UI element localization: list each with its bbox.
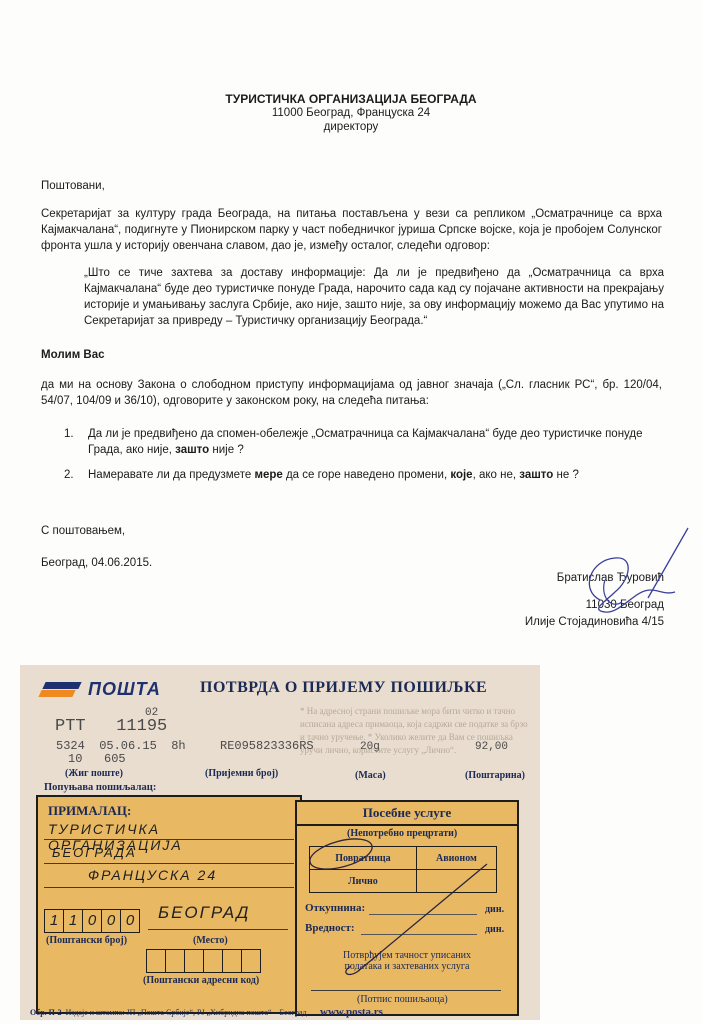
quoted-answer: „Што се тиче захтева за доставу информац… [84, 265, 664, 329]
question-number: 2. [64, 467, 74, 483]
post-url[interactable]: www.posta.rs [320, 1006, 383, 1018]
label-address-code: (Поштански адресни код) [143, 975, 259, 986]
label-mass: (Маса) [355, 770, 386, 781]
special-services-heading: Посебне услуге [297, 802, 517, 826]
question-text: Намеравате ли да предузмете мере да се г… [88, 467, 664, 483]
label-receipt-no: (Пријемни број) [205, 768, 278, 779]
label-signature: (Потпис пошиљаоца) [357, 994, 448, 1005]
sender-signature-icon [317, 862, 497, 982]
label-filled-by: Попуњава пошиљалац: [44, 782, 156, 793]
request-body: да ми на основу Закона о слободном прист… [41, 377, 662, 409]
handwritten-line-3[interactable]: ФРАНЦУСКА 24 [88, 867, 217, 883]
post-logo: ПОШТА [40, 679, 161, 700]
label-recipient: ПРИМАЛАЦ: [48, 803, 131, 819]
letter: ТУРИСТИЧКА ОРГАНИЗАЦИЈА БЕОГРАДА 11000 Б… [0, 0, 702, 650]
question-number: 1. [64, 426, 74, 442]
label-postal-code: (Поштански број) [46, 935, 127, 946]
postal-receipt: * На адресној страни пошиљке мора бити ч… [20, 665, 540, 1020]
handwritten-line-2[interactable]: БЕОГРАДА [52, 845, 137, 860]
tracking-number: RE095823336RS [220, 739, 314, 753]
label-postage: (Поштарина) [465, 770, 525, 781]
recipient-block: ТУРИСТИЧКА ОРГАНИЗАЦИЈА БЕОГРАДА 11000 Б… [0, 92, 702, 134]
recipient-box: ПРИМАЛАЦ: ТУРИСТИЧКА ОРГАНИЗАЦИЈА БЕОГРА… [36, 795, 302, 1014]
stamp-line4: 10 605 [68, 752, 126, 766]
place-field[interactable]: БЕОГРАД [158, 903, 250, 923]
stamp-datetime: 5324 05.06.15 8h [56, 739, 186, 753]
post-logo-text: ПОШТА [88, 679, 161, 700]
postage-value: 92,00 [475, 741, 508, 753]
special-services-box: Посебне услуге (Непотребно прецртати) По… [295, 800, 519, 1016]
label-place: (Место) [193, 935, 228, 946]
postal-address-code-field[interactable] [146, 949, 260, 973]
closing: С поштовањем, [41, 523, 125, 539]
recipient-address: 11000 Београд, Француска 24 [0, 106, 702, 120]
form-footer: Обр. П-2 Издаје и штампа: ЈП „Пошта Срби… [30, 1008, 307, 1017]
place-date: Београд, 04.06.2015. [41, 555, 152, 571]
post-logo-icon [40, 680, 82, 700]
question-text: Да ли је предвиђено да спомен-обележје „… [88, 426, 664, 458]
label-stamp: (Жиг поште) [65, 768, 123, 779]
intro-paragraph: Секретаријат за културу града Београда, … [41, 206, 662, 254]
stamp-office: PTT 11195 [55, 717, 167, 736]
signature-icon [560, 520, 700, 620]
request-heading: Молим Вас [41, 347, 105, 363]
receipt-title: ПОТВРДА О ПРИЈЕМУ ПОШИЉКЕ [200, 679, 487, 697]
recipient-organization: ТУРИСТИЧКА ОРГАНИЗАЦИЈА БЕОГРАДА [0, 92, 702, 106]
mass-value: 20g [360, 741, 380, 753]
postal-code-field[interactable]: 11000 [44, 909, 139, 933]
salutation: Поштовани, [41, 178, 661, 194]
recipient-attention: директору [0, 120, 702, 134]
